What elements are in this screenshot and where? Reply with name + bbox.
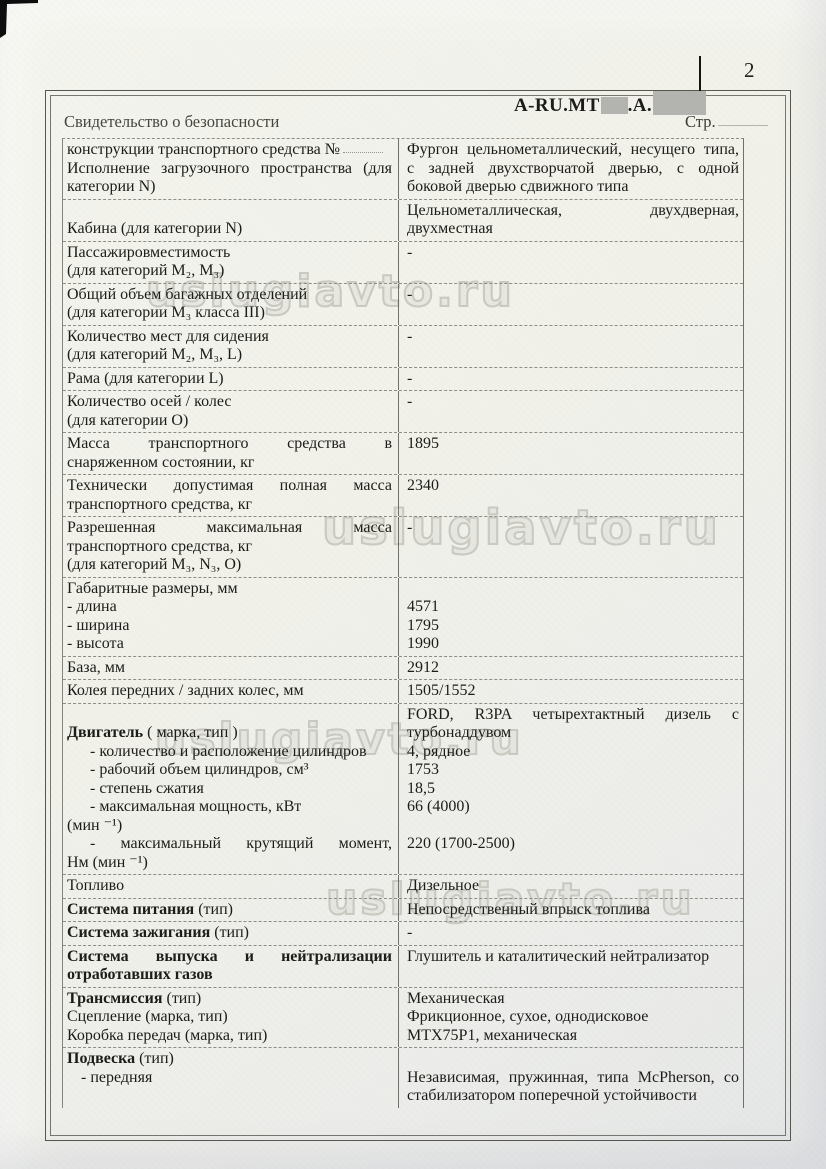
row-value: Цельнометаллическая, двухдверная, двухме… [399,200,743,241]
blank-underline [718,125,768,126]
row-value: 4571 1795 1990 [399,578,743,656]
page-label: Стр. [685,112,768,132]
row-label: Трансмиссия (тип) Сцепление (марка, тип)… [63,988,399,1048]
row-value: Дизельное [399,875,743,898]
page-number: 2 [744,58,755,83]
row-value: FORD, R3PA четырехтактный дизель с турбо… [399,704,743,875]
row-label: Система зажигания (тип) [63,922,399,945]
table-row: Пассажировместимость (для категорий М₂, … [63,242,743,284]
row-label: Подвеска (тип) - передняя [63,1048,399,1108]
table-row: Габаритные размеры, мм - длина - ширина … [63,578,743,657]
table-row: Количество осей / колес (для категории О… [63,391,743,433]
table-row: Топливо Дизельное [63,875,743,899]
scan-corner-artifact [0,0,40,40]
table-row: Кабина (для категории N) Цельнометалличе… [63,200,743,242]
row-label: конструкции транспортного средства № Исп… [63,139,399,199]
row-label: Количество осей / колес (для категории О… [63,391,399,432]
row-value: - [399,922,743,945]
blank-underline [343,152,383,153]
row-label: Топливо [63,875,399,898]
row-value: - [399,326,743,367]
row-value: Независимая, пружинная, типа McPherson, … [399,1048,743,1108]
row-value: 1505/1552 [399,680,743,703]
row-value: - [399,284,743,325]
table-row: Технически допустимая полная масса транс… [63,475,743,517]
row-value: - [399,517,743,577]
row-label: Колея передних / задних колес, мм [63,680,399,703]
row-label: Система выпуска и нейтрализации отработа… [63,946,399,987]
row-label: Количество мест для сидения (для категор… [63,326,399,367]
row-label: Масса транспортного средства в снаряженн… [63,433,399,474]
spec-table: конструкции транспортного средства № Исп… [62,138,744,1108]
row-label: Разрешенная максимальная масса транспорт… [63,517,399,577]
table-row: Количество мест для сидения (для категор… [63,326,743,368]
row-value: Фургон цельнометаллический, несущего тип… [399,139,743,199]
row-value: 2340 [399,475,743,516]
row-label: Пассажировместимость (для категорий М₂, … [63,242,399,283]
row-label: База, мм [63,657,399,680]
row-value: Глушитель и каталитический нейтрализатор [399,946,743,987]
table-row: Подвеска (тип) - передняя Независимая, п… [63,1048,743,1108]
row-value: Непосредственный впрыск топлива [399,899,743,922]
row-value: Механическая Фрикционное, сухое, однодис… [399,988,743,1048]
row-value: 1895 [399,433,743,474]
table-row: Разрешенная максимальная масса транспорт… [63,517,743,578]
row-label: Двигатель ( марка, тип ) - количество и … [63,704,399,875]
scanned-page: 2 A-RU.MT.A. Свидетельство о безопасност… [0,0,826,1169]
row-label: Технически допустимая полная масса транс… [63,475,399,516]
table-row: конструкции транспортного средства № Исп… [63,139,743,200]
code-prefix: A-RU.MT [514,95,600,116]
table-row: Трансмиссия (тип) Сцепление (марка, тип)… [63,988,743,1049]
row-label: Общий объем багажных отделений (для кате… [63,284,399,325]
row-label: Система питания (тип) [63,899,399,922]
table-row: Рама (для категории L) - [63,368,743,392]
row-value: 2912 [399,657,743,680]
table-row-engine: Двигатель ( марка, тип ) - количество и … [63,704,743,876]
document-title: Свидетельство о безопасности [64,112,279,132]
table-row: Система питания (тип) Непосредственный в… [63,899,743,923]
certificate-code: A-RU.MT.A. [514,91,706,117]
redaction-box [601,97,628,114]
table-row: Масса транспортного средства в снаряженн… [63,433,743,475]
table-row: Общий объем багажных отделений (для кате… [63,284,743,326]
table-row: Колея передних / задних колес, мм 1505/1… [63,680,743,704]
table-row: Система выпуска и нейтрализации отработа… [63,946,743,988]
row-value: - [399,391,743,432]
row-label: Рама (для категории L) [63,368,399,391]
code-mid: .A. [628,95,652,116]
row-value: - [399,368,743,391]
table-row: База, мм 2912 [63,657,743,681]
row-label: Кабина (для категории N) [63,200,399,241]
row-value: - [399,242,743,283]
row-label: Габаритные размеры, мм - длина - ширина … [63,578,399,656]
table-row: Система зажигания (тип) - [63,922,743,946]
